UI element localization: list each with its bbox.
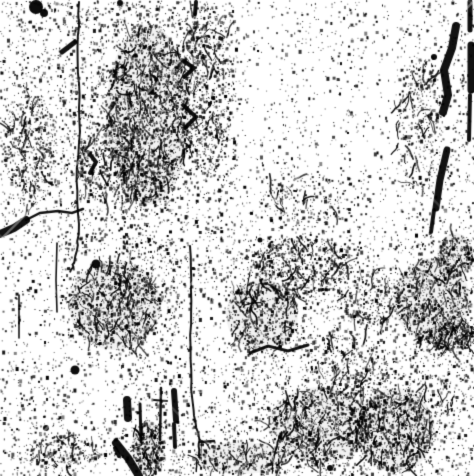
- texture-canvas: [0, 0, 474, 476]
- grunge-texture-image: [0, 0, 474, 476]
